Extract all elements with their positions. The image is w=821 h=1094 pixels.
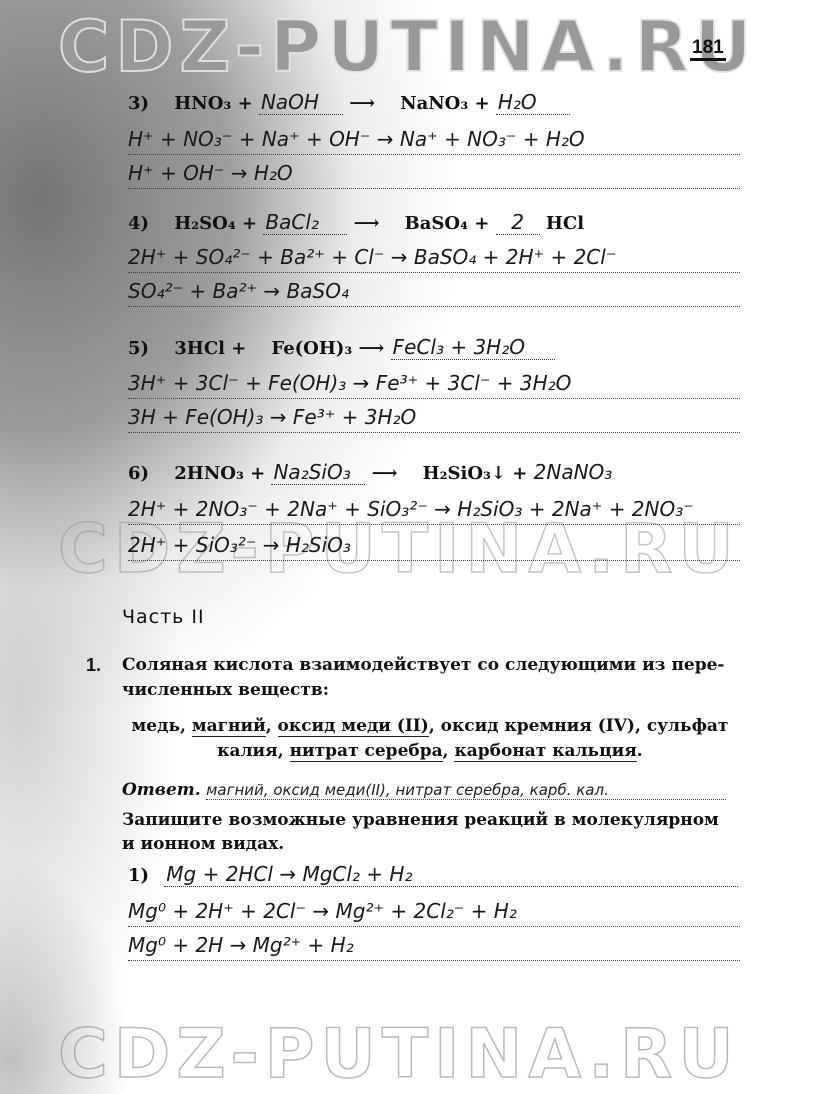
option-text: калия, bbox=[217, 741, 289, 761]
ionic-line: Mg⁰ + 2H⁺ + 2Cl⁻ → Mg²⁺ + 2Cl₂⁻ + H₂ bbox=[128, 896, 740, 927]
exercise-4-equation: 4) H₂SO₄ + BaCl₂ ⟶ BaSO₄ + 2 HCl bbox=[128, 210, 740, 235]
exercise-6-equation: 6) 2HNO₃ + Na₂SiO₃ ⟶ H₂SiO₃↓ + 2NaNO₃ bbox=[128, 460, 740, 485]
arrow-icon: ⟶ bbox=[372, 463, 398, 484]
exercise-number: 3) bbox=[128, 93, 168, 114]
ionic-line: 2H⁺ + SiO₃²⁻ → H₂SiO₃ bbox=[128, 530, 740, 561]
ionic-line: 2H⁺ + 2NO₃⁻ + 2Na⁺ + SiO₃²⁻ → H₂SiO₃ + 2… bbox=[128, 494, 740, 525]
arrow-icon: ⟶ bbox=[349, 93, 375, 114]
options-line-2: калия, нитрат серебра, карбонат кальция. bbox=[110, 741, 750, 761]
question-text: Соляная кислота взаимодействует со следу… bbox=[122, 655, 724, 675]
option-text: . bbox=[637, 741, 643, 761]
ionic-line: H⁺ + NO₃⁻ + Na⁺ + OH⁻ → Na⁺ + NO₃⁻ + H₂O bbox=[128, 124, 740, 155]
ionic-line: 3H⁺ + 3Cl⁻ + Fe(OH)₃ → Fe³⁺ + 3Cl⁻ + 3H₂… bbox=[128, 368, 740, 399]
question-number: 1. bbox=[86, 655, 101, 676]
product-blank: FeCl₃ + 3H₂O bbox=[391, 335, 555, 360]
reaction-1-molecular: 1) Mg + 2HCl → MgCl₂ + H₂ bbox=[128, 862, 740, 887]
molecular-equation: Mg + 2HCl → MgCl₂ + H₂ bbox=[164, 862, 738, 887]
reagent-blank: Na₂SiO₃ bbox=[271, 460, 365, 485]
watermark-top: CDZ-PUTINA.RU bbox=[58, 6, 757, 88]
answer-label: Ответ. bbox=[122, 780, 201, 800]
coefficient-blank: 2 bbox=[496, 210, 540, 235]
answer-row: Ответ. магний, оксид меди(II), нитрат се… bbox=[122, 780, 726, 800]
product-blank: H₂O bbox=[496, 90, 570, 115]
exercise-5-equation: 5) 3HCl + Fe(OH)₃ ⟶ FeCl₃ + 3H₂O bbox=[128, 335, 740, 360]
selected-option: карбонат кальция bbox=[454, 741, 636, 762]
option-text: медь, bbox=[132, 716, 192, 736]
option-text: , bbox=[266, 716, 278, 736]
selected-option: нитрат серебра bbox=[290, 741, 443, 762]
ionic-line: 2H⁺ + SO₄²⁻ + Ba²⁺ + Cl⁻ → BaSO₄ + 2H⁺ +… bbox=[128, 242, 740, 273]
exercise-number: 4) bbox=[128, 213, 168, 234]
option-text: , оксид кремния (IV), сульфат bbox=[429, 716, 729, 736]
options-line-1: медь, магний, оксид меди (II), оксид кре… bbox=[110, 716, 750, 736]
instruction-text: Запишите возможные уравнения реакций в м… bbox=[122, 810, 719, 830]
watermark-bottom: CDZ-PUTINA.RU bbox=[58, 1015, 740, 1094]
ionic-line: Mg⁰ + 2H → Mg²⁺ + H₂ bbox=[128, 930, 740, 961]
instruction-text: и ионном видах. bbox=[122, 834, 284, 854]
selected-option: оксид меди (II) bbox=[278, 716, 429, 737]
product-blank: 2NaNO₃ bbox=[534, 460, 613, 484]
exercise-3-equation: 3) HNO₃ + NaOH ⟶ NaNO₃ + H₂O bbox=[128, 90, 740, 115]
exercise-number: 6) bbox=[128, 463, 168, 484]
ionic-line: SO₄²⁻ + Ba²⁺ → BaSO₄ bbox=[128, 276, 740, 307]
arrow-icon: ⟶ bbox=[354, 213, 380, 234]
answer-text: магний, оксид меди(II), нитрат серебра, … bbox=[206, 781, 726, 800]
section-title: Часть II bbox=[122, 606, 205, 628]
exercise-number: 5) bbox=[128, 338, 168, 359]
option-text: , bbox=[443, 741, 455, 761]
selected-option: магний bbox=[192, 716, 266, 737]
page-number: 181 bbox=[690, 38, 726, 61]
ionic-line: H⁺ + OH⁻ → H₂O bbox=[128, 158, 740, 189]
reagent-blank: NaOH bbox=[259, 90, 343, 115]
reagent-blank: BaCl₂ bbox=[263, 210, 347, 235]
question-text: численных веществ: bbox=[122, 680, 329, 700]
reaction-number: 1) bbox=[128, 865, 158, 886]
ionic-line: 3H + Fe(OH)₃ → Fe³⁺ + 3H₂O bbox=[128, 402, 740, 433]
arrow-icon: ⟶ bbox=[359, 338, 385, 359]
